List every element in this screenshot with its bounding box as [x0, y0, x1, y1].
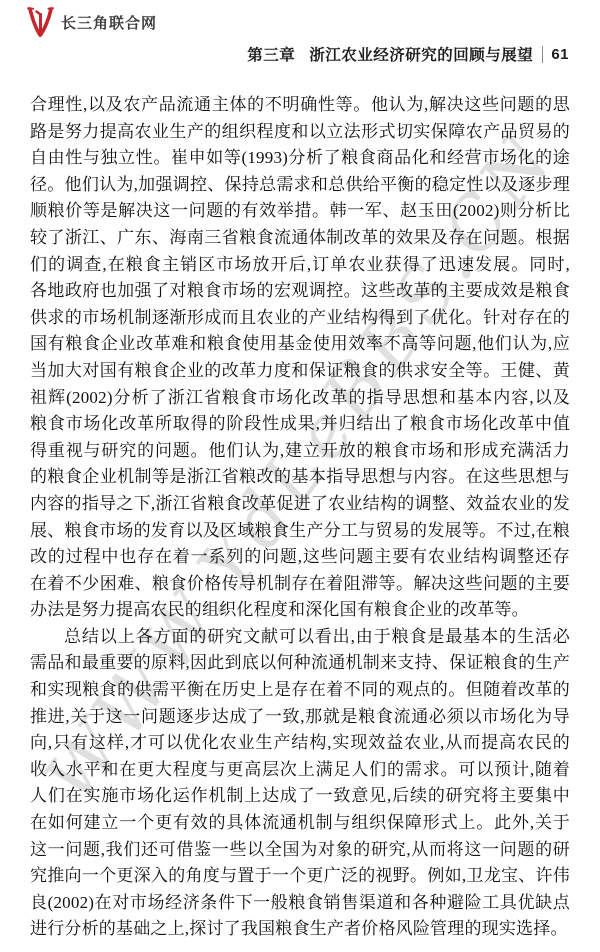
chapter-number: 第三章: [247, 43, 295, 65]
text-line: 推进,关于这一问题逐步达成了一致,那就是粮食流通必须以市场化为导: [30, 704, 570, 731]
text-line: 在着不少困难、粮食价格传导机制存在着阻滞等。解决这些问题的主要: [30, 571, 570, 598]
text-line: 在如何建立一个更有效的具体流通机制与组织保障形式上。此外,关于: [30, 810, 570, 837]
site-logo[interactable]: 长三角联合网: [27, 6, 157, 38]
text-line: 供求的市场机制逐渐形成而且农业的产业结构得到了优化。针对存在的: [30, 305, 570, 332]
text-line: 这一问题,我们还可借鉴一些以全国为对象的研究,从而将这一问题的研: [30, 837, 570, 864]
text-line: 较了浙江、广东、海南三省粮食流通体制改革的效果及存在问题。根据他: [30, 225, 570, 252]
text-line: 粮食市场化改革所取得的阶段性成果,并归结出了粮食市场化改革中值: [30, 411, 570, 438]
text-line: 合理性,以及农产品流通主体的不明确性等。他认为,解决这些问题的思: [30, 92, 570, 119]
chapter-title: 浙江农业经济研究的回顾与展望: [309, 43, 533, 65]
chapter-header: 第三章 浙江农业经济研究的回顾与展望 61: [247, 43, 569, 65]
text-line: 顺粮价等是解决这一问题的有效举措。韩一军、赵玉田(2002)则分析比: [30, 198, 570, 225]
text-line: 得重视与研究的问题。他们认为,建立开放的粮食市场和形成充满活力: [30, 438, 570, 465]
text-line: 改的过程中也存在着一系列的问题,这些问题主要有农业结构调整还存: [30, 544, 570, 571]
text-line: 自由性与独立性。崔申如等(1993)分析了粮食商品化和经营市场化的途: [30, 145, 570, 172]
book-page: WWW.YdLeBBS.CN 长三角联合网 第三章 浙江农业经济研究的回顾与展望…: [0, 0, 600, 952]
text-line: 和实现粮食的供需平衡在历史上是存在着不同的观点的。但随着改革的: [30, 677, 570, 704]
text-line: 当加大对国有粮食企业的改革力度和保证粮食的供求安全等。王健、黄: [30, 358, 570, 385]
text-line: 展、粮食市场的发育以及区域粮食生产分工与贸易的发展等。不过,在粮: [30, 518, 570, 545]
text-line: 祖辉(2002)分析了浙江省粮食市场化改革的指导思想和基本内容,以及: [30, 385, 570, 412]
text-line: 各地政府也加强了对粮食市场的宏观调控。这些改革的主要成效是粮食: [30, 278, 570, 305]
text-line: 径。他们认为,加强调控、保持总需求和总供给平衡的稳定性以及逐步理: [30, 172, 570, 199]
text-line: 的粮食企业机制等是浙江省粮改的基本指导思想与内容。在这些思想与: [30, 464, 570, 491]
text-line: 内容的指导之下,浙江省粮食改革促进了农业结构的调整、效益农业的发: [30, 491, 570, 518]
page-number: 61: [551, 46, 569, 63]
text-line: 进行分析的基础之上,探讨了我国粮食生产者价格风险管理的现实选择。: [30, 916, 570, 943]
text-line: 们的调查,在粮食主销区市场放开后,订单农业获得了迅速发展。同时,: [30, 252, 570, 279]
trident-v-logo-icon: [27, 6, 54, 38]
text-line: 良(2002)在对市场经济条件下一般粮食销售渠道和各种避险工具优缺点: [30, 890, 570, 917]
text-line: 究推向一个更深入的角度与置于一个更广泛的视野。例如,卫龙宝、许伟: [30, 863, 570, 890]
text-line: 人们在实施市场化运作机制上达成了一致意见,后续的研究将主要集中: [30, 783, 570, 810]
text-line: 需品和最重要的原料,因此到底以何种流通机制来支持、保证粮食的生产: [30, 650, 570, 677]
text-line: 总结以上各方面的研究文献可以看出,由于粮食是最基本的生活必: [30, 624, 570, 651]
text-line: 办法是努力提高农民的组织化程度和深化国有粮食企业的改革等。: [30, 597, 570, 624]
text-line: 向,只有这样,才可以优化农业生产结构,实现效益农业,从而提高农民的: [30, 730, 570, 757]
body-text: 合理性,以及农产品流通主体的不明确性等。他认为,解决这些问题的思路是努力提高农业…: [30, 92, 570, 943]
text-line: 路是努力提高农业生产的组织程度和以立法形式切实保障农产品贸易的: [30, 119, 570, 146]
text-line: 收入水平和在更大程度与更高层次上满足人们的需求。可以预计,随着: [30, 757, 570, 784]
text-line: 国有粮食企业改革难和粮食使用基金使用效率不高等问题,他们认为,应: [30, 331, 570, 358]
header-divider: [542, 46, 543, 63]
logo-text: 长三角联合网: [61, 12, 157, 33]
